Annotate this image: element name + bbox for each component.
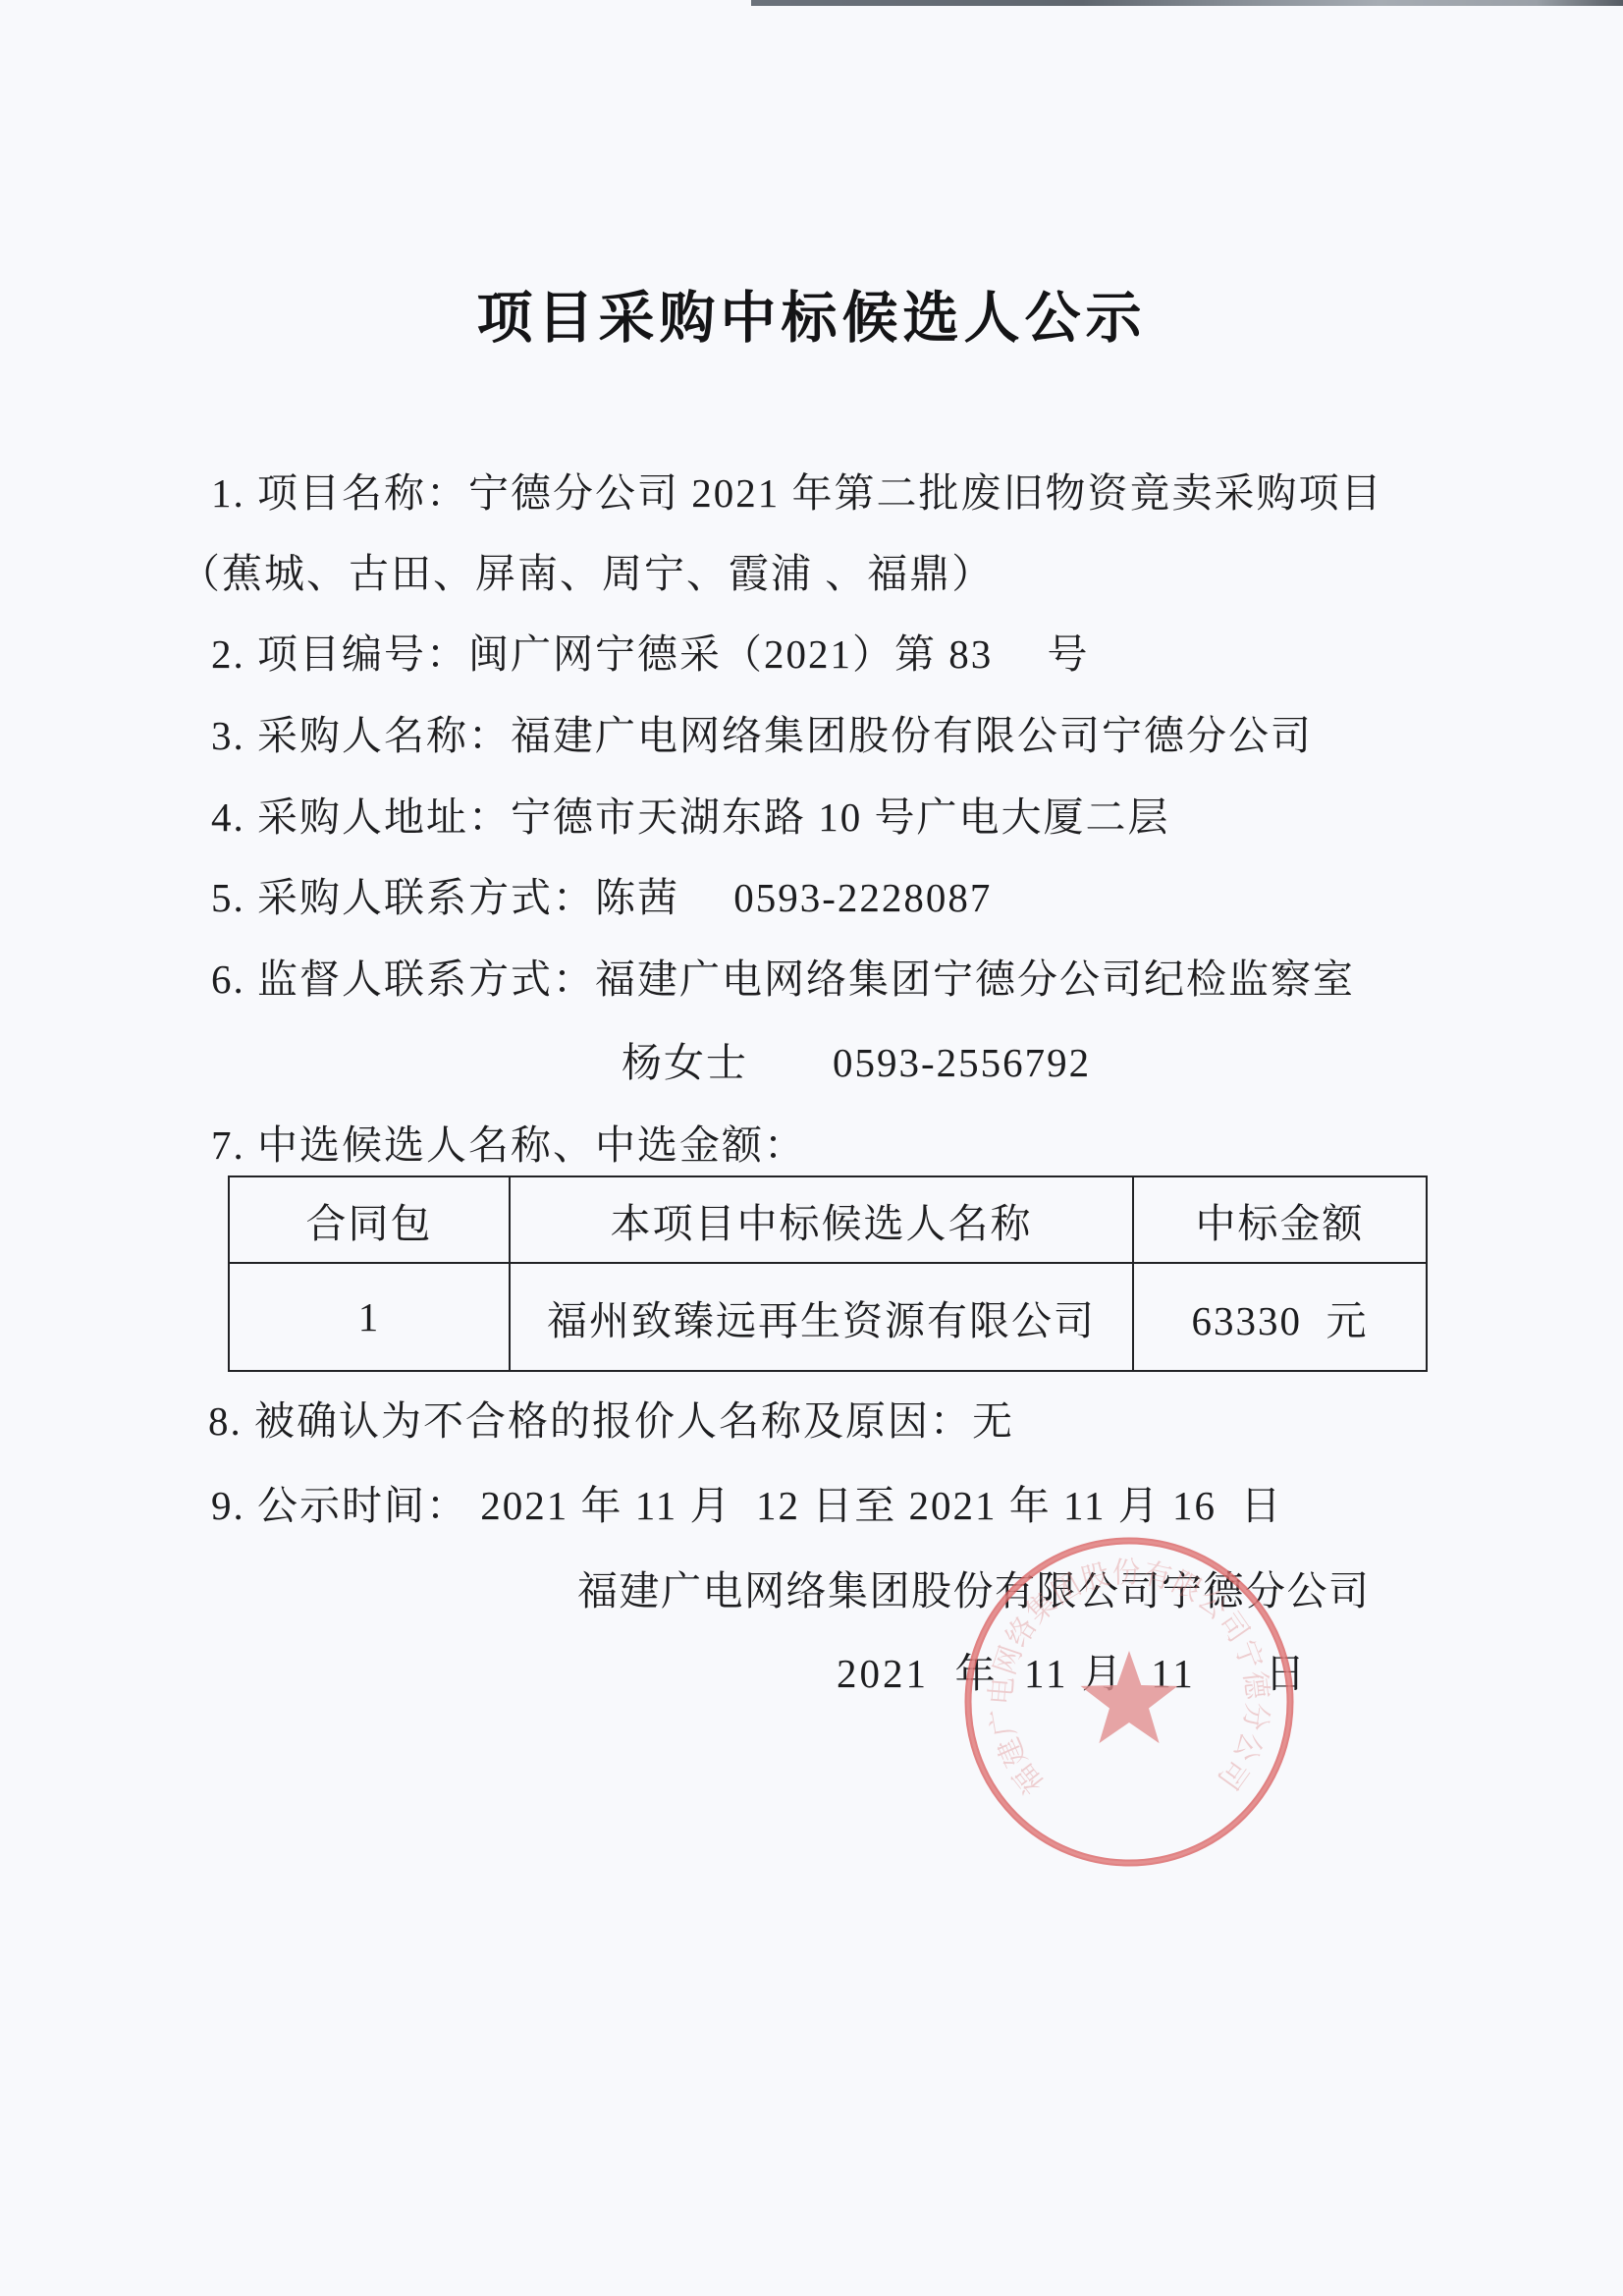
company-seal: 福建广电网络集团股份有限公司宁德分公司 (938, 1510, 1321, 1893)
table-header-row: 合同包 本项目中标候选人名称 中标金额 (229, 1176, 1427, 1263)
body-line-item8: 8. 被确认为不合格的报价人名称及原因：无 (208, 1397, 1014, 1446)
body-line-item4: 4. 采购人地址：宁德市天湖东路 10 号广电大厦二层 (211, 793, 1170, 842)
body-line-item2: 2. 项目编号：闽广网宁德采（2021）第 83 号 (211, 630, 1090, 679)
seal-star-icon (1081, 1651, 1178, 1743)
body-line-item5: 5. 采购人联系方式：陈茜 0593-2228087 (211, 874, 992, 922)
table-cell-amount: 63330 元 (1133, 1263, 1427, 1371)
body-line-item1-continued: （蕉城、古田、屏南、周宁、霞浦 、福鼎） (180, 550, 994, 598)
body-line-item1: 1. 项目名称：宁德分公司 2021 年第二批废旧物资竟卖采购项目 (211, 469, 1383, 518)
table-cell-candidate-name: 福州致臻远再生资源有限公司 (510, 1263, 1133, 1371)
body-line-item3: 3. 采购人名称：福建广电网络集团股份有限公司宁德分公司 (211, 712, 1313, 760)
scanner-edge-artifact (751, 0, 1623, 6)
table-row: 1 福州致臻远再生资源有限公司 63330 元 (229, 1263, 1427, 1371)
table-header-amount: 中标金额 (1133, 1176, 1427, 1263)
body-line-item7: 7. 中选候选人名称、中选金额： (211, 1121, 806, 1170)
body-line-item6-contact: 杨女士 0593-2556792 (622, 1039, 1091, 1087)
scanned-document-page: 项目采购中标候选人公示 1. 项目名称：宁德分公司 2021 年第二批废旧物资竟… (0, 0, 1623, 2296)
table-header-candidate-name: 本项目中标候选人名称 (510, 1176, 1133, 1263)
table-cell-package: 1 (229, 1263, 510, 1371)
table-header-package: 合同包 (229, 1176, 510, 1263)
document-title: 项目采购中标候选人公示 (0, 287, 1623, 352)
body-line-item6: 6. 监督人联系方式：福建广电网络集团宁德分公司纪检监察室 (211, 956, 1355, 1004)
winners-table: 合同包 本项目中标候选人名称 中标金额 1 福州致臻远再生资源有限公司 6333… (228, 1175, 1428, 1372)
